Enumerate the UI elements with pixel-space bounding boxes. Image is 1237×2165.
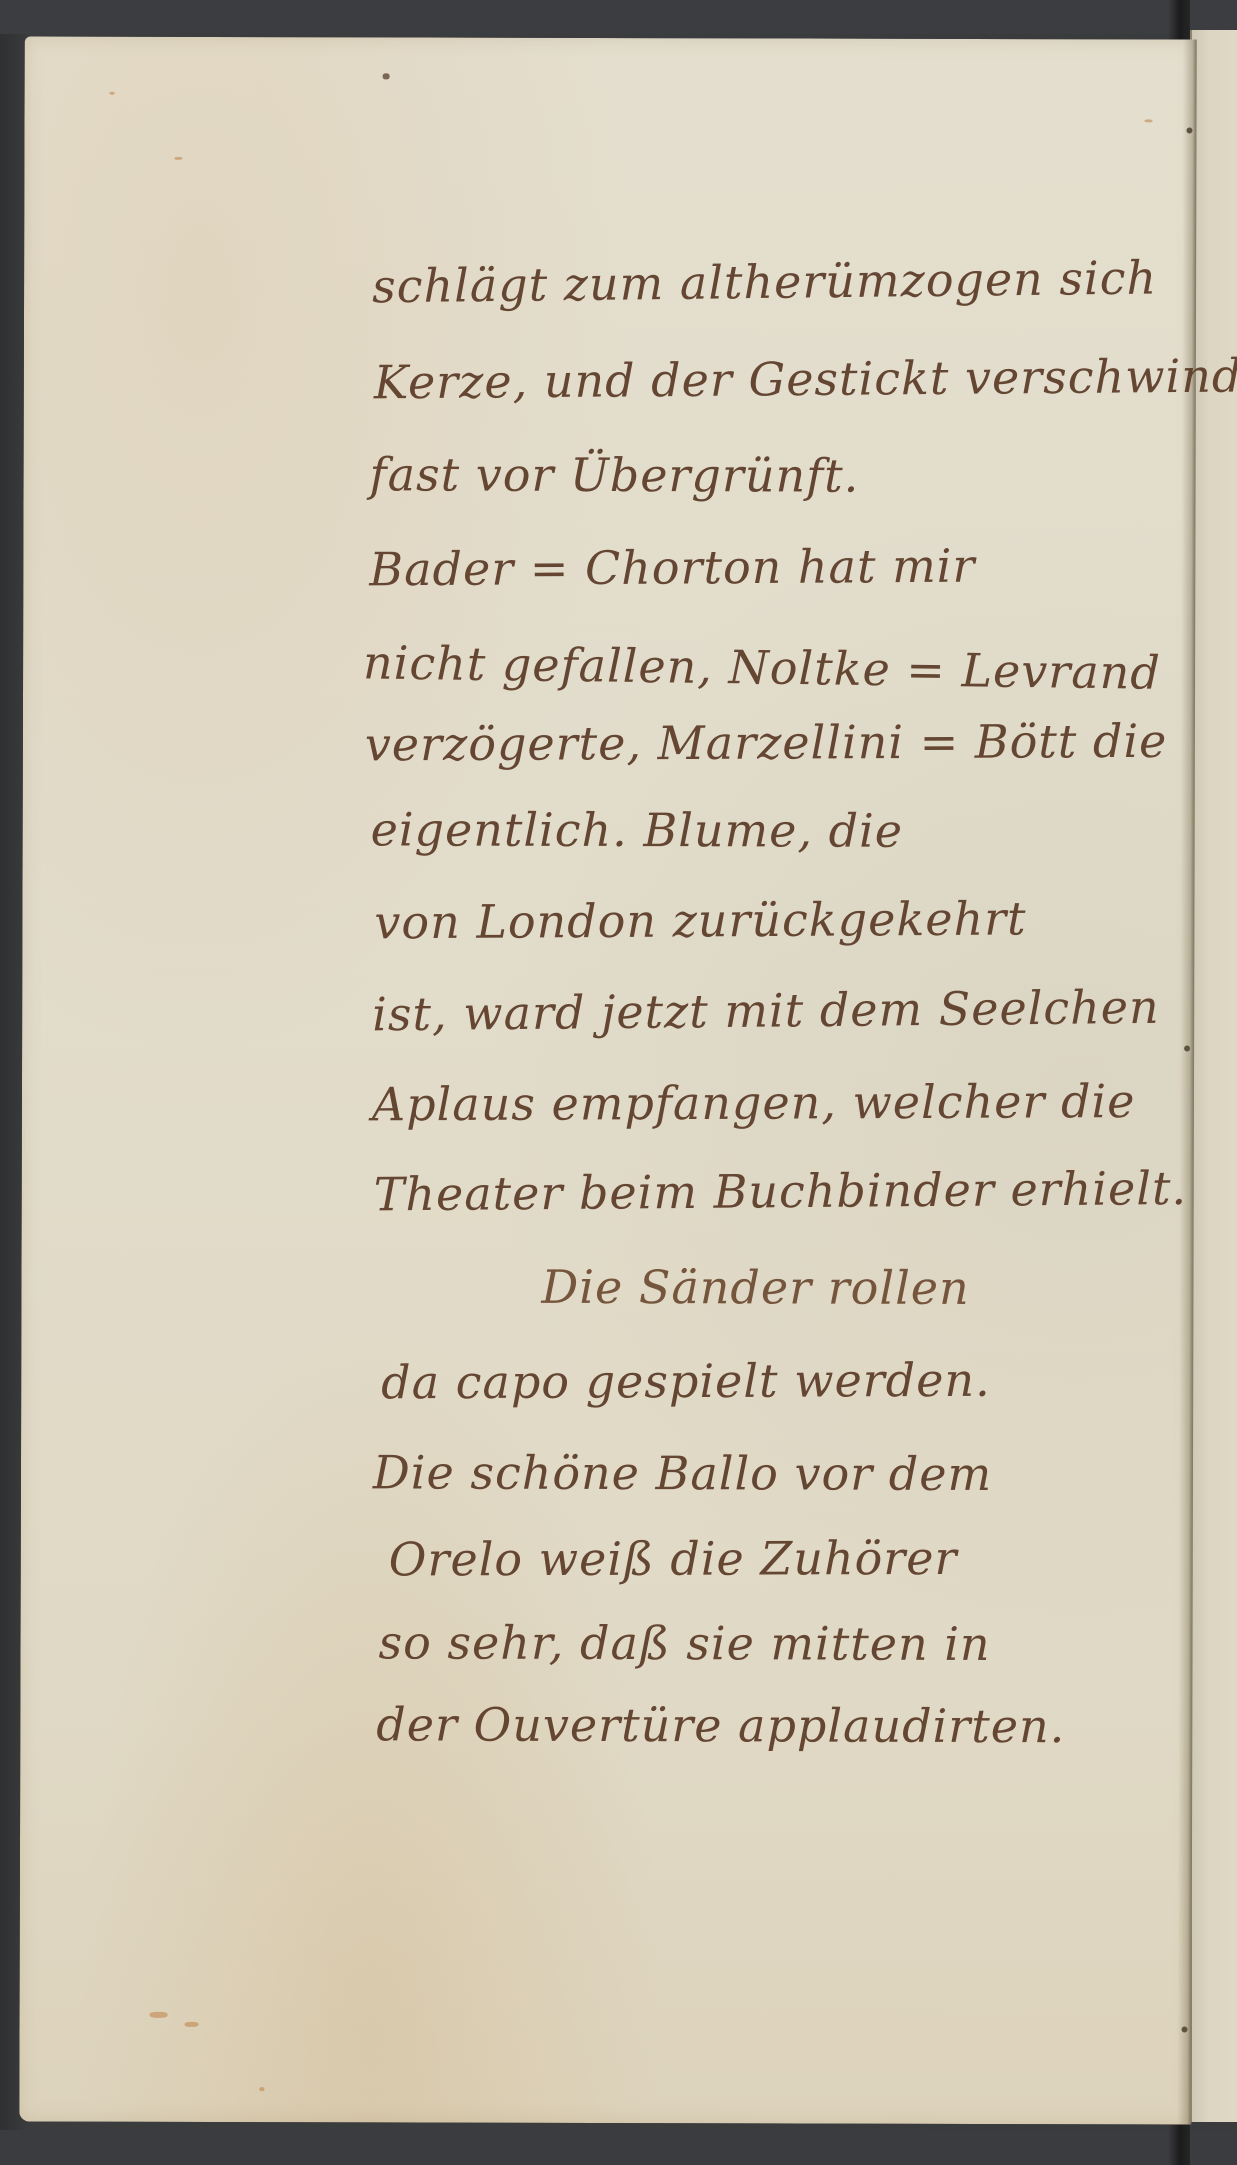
handwriting-line: fast vor Übergrünft. xyxy=(370,447,860,502)
handwriting-line: Aplaus empfangen, welcher die xyxy=(372,1074,1136,1131)
scan-background-bottom xyxy=(0,2130,1237,2165)
handwriting-line: Die Sänder rollen xyxy=(541,1260,969,1315)
handwriting-line: Kerze, und der Gestickt verschwindet xyxy=(374,348,1237,409)
handwriting-line: Theater beim Buchbinder erhielt. xyxy=(373,1161,1187,1221)
handwriting-line: da capo gespielt werden. xyxy=(381,1353,991,1410)
handwriting-line: schlägt zum altherümzogen sich xyxy=(372,250,1158,313)
scan-background-top xyxy=(0,0,1237,34)
handwriting-line: verzögerte, Marzellini = Bött die xyxy=(365,714,1168,772)
handwriting-line: Bader = Chorton hat mir xyxy=(369,539,975,597)
manuscript-page: schlägt zum altherümzogen sich Kerze, un… xyxy=(19,36,1196,2124)
facing-page-edge xyxy=(1190,30,1237,2122)
handwriting-line: ist, ward jetzt mit dem Seelchen xyxy=(372,980,1160,1042)
manuscript-scan: schlägt zum altherümzogen sich Kerze, un… xyxy=(0,0,1237,2165)
handwriting-line: nicht gefallen, Noltke = Levrand xyxy=(363,635,1161,699)
handwriting-line: Die schöne Ballo vor dem xyxy=(373,1445,992,1501)
handwriting-line: eigentlich. Blume, die xyxy=(371,802,904,857)
handwriting-line: Orelo weiß die Zuhörer xyxy=(389,1531,958,1586)
handwriting-line: so sehr, daß sie mitten in xyxy=(378,1615,990,1671)
handwriting-line: der Ouvertüre applaudirten. xyxy=(376,1697,1065,1753)
handwriting-line: von London zurückgekehrt xyxy=(374,891,1026,949)
handwritten-text-block: schlägt zum altherümzogen sich Kerze, un… xyxy=(19,36,1196,2124)
